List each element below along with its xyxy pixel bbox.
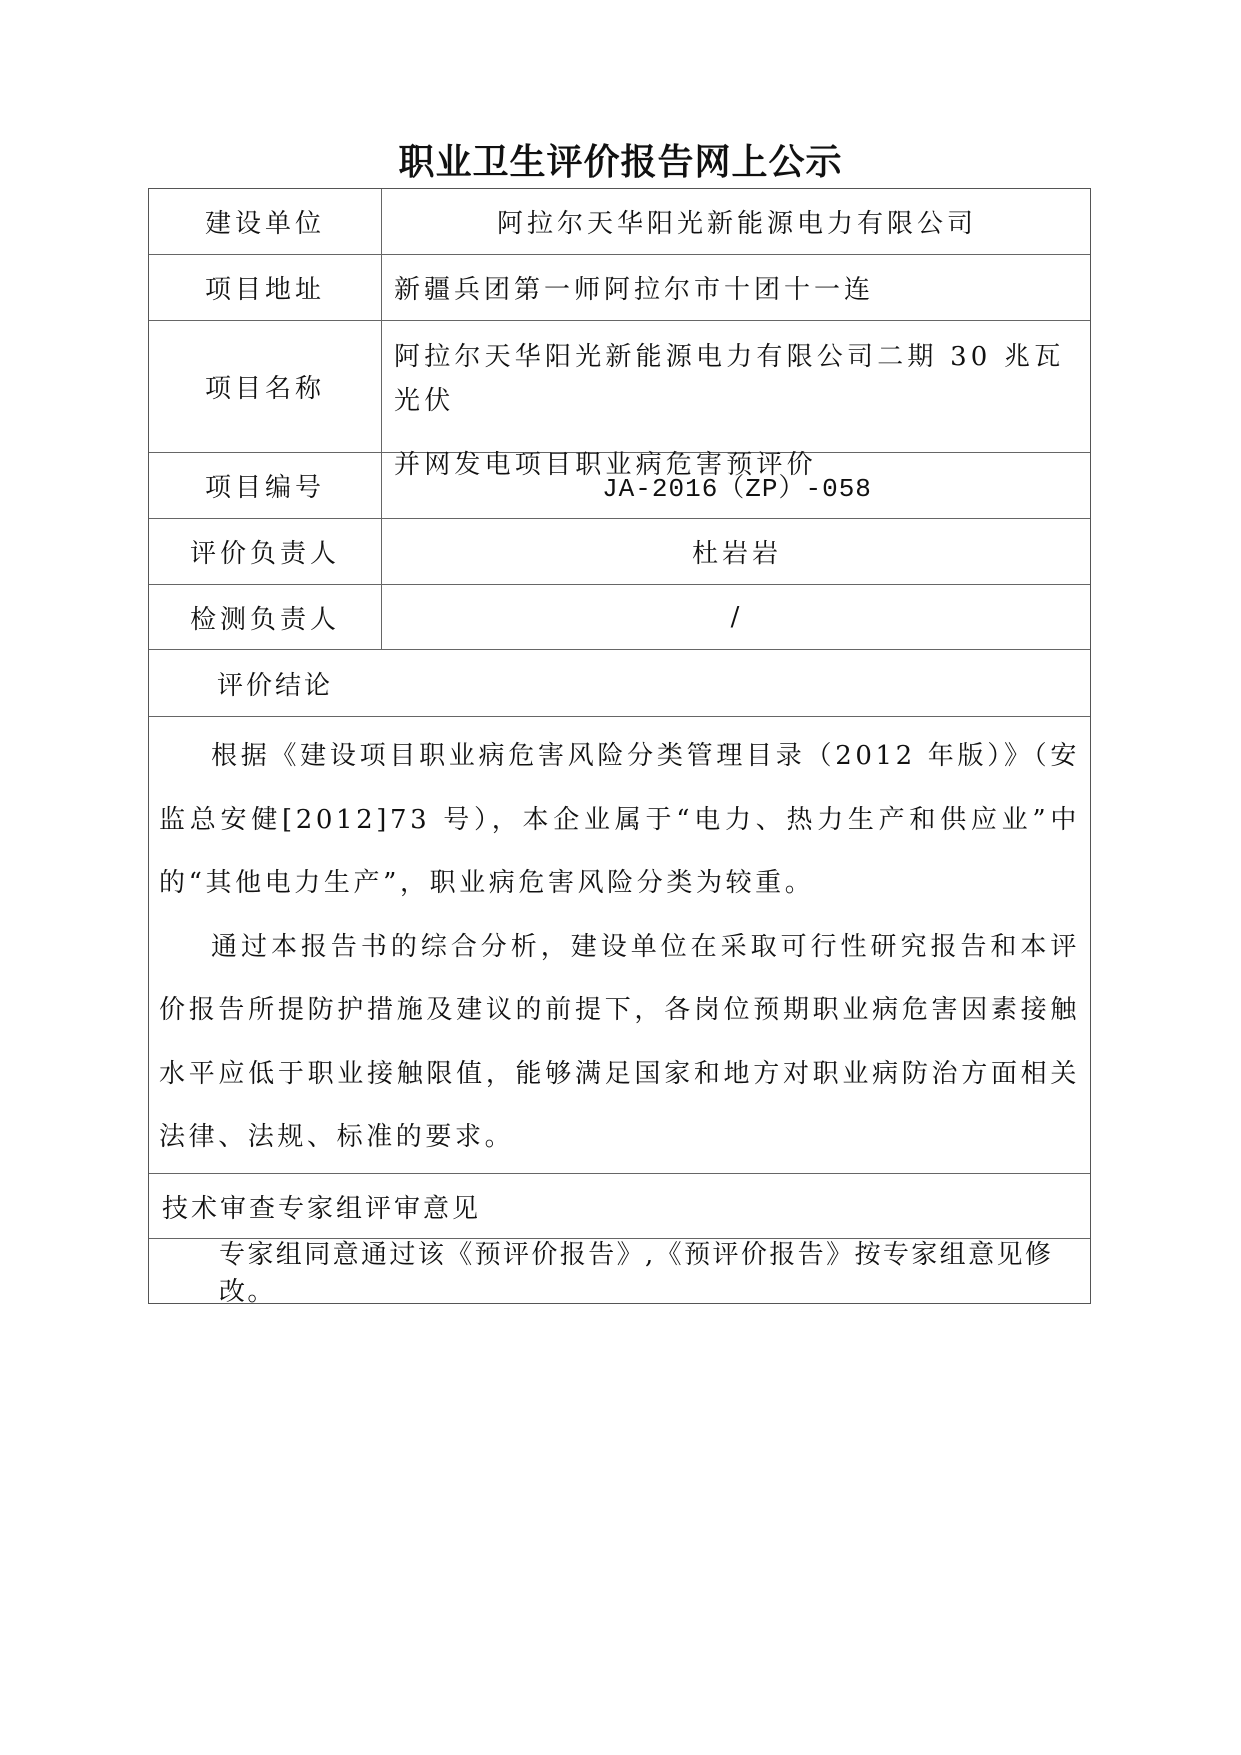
label-testing-lead: 检测负责人: [149, 585, 382, 649]
value-construction-unit: 阿拉尔天华阳光新能源电力有限公司: [382, 189, 1090, 254]
table-row-conclusion-body: 根据《建设项目职业病危害风险分类管理目录（2012 年版）》（安监总安健[201…: [149, 717, 1090, 1174]
disclosure-table: 建设单位 阿拉尔天华阳光新能源电力有限公司 项目地址 新疆兵团第一师阿拉尔市十团…: [148, 188, 1091, 1304]
conclusion-body: 根据《建设项目职业病危害风险分类管理目录（2012 年版）》（安监总安健[201…: [149, 717, 1090, 1173]
value-testing-lead: /: [382, 585, 1090, 649]
label-project-number: 项目编号: [149, 453, 382, 518]
table-row-project-address: 项目地址 新疆兵团第一师阿拉尔市十团十一连: [149, 255, 1090, 321]
table-row-conclusion-heading: 评价结论: [149, 650, 1090, 717]
expert-review-opinion: 专家组同意通过该《预评价报告》,《预评价报告》按专家组意见修改。: [149, 1239, 1090, 1303]
conclusion-heading: 评价结论: [149, 650, 1090, 716]
value-project-number: JA-2016（ZP）-058: [382, 453, 1090, 518]
conclusion-paragraph-1: 根据《建设项目职业病危害风险分类管理目录（2012 年版）》（安监总安健[201…: [159, 725, 1080, 916]
table-row-project-name: 项目名称 阿拉尔天华阳光新能源电力有限公司二期 30 兆瓦光伏 并网发电项目职业…: [149, 321, 1090, 453]
expert-review-heading: 技术审查专家组评审意见: [149, 1174, 1090, 1238]
table-row-construction-unit: 建设单位 阿拉尔天华阳光新能源电力有限公司: [149, 189, 1090, 255]
table-row-project-number: 项目编号 JA-2016（ZP）-058: [149, 453, 1090, 519]
value-evaluation-lead: 杜岩岩: [382, 519, 1090, 584]
table-row-expert-opinion: 专家组同意通过该《预评价报告》,《预评价报告》按专家组意见修改。: [149, 1239, 1090, 1303]
label-project-address: 项目地址: [149, 255, 382, 320]
label-construction-unit: 建设单位: [149, 189, 382, 254]
value-project-name: 阿拉尔天华阳光新能源电力有限公司二期 30 兆瓦光伏 并网发电项目职业病危害预评…: [382, 321, 1090, 452]
conclusion-paragraph-2: 通过本报告书的综合分析，建设单位在采取可行性研究报告和本评价报告所提防护措施及建…: [159, 916, 1080, 1170]
document-title: 职业卫生评价报告网上公示: [0, 140, 1241, 184]
label-project-name: 项目名称: [149, 321, 382, 452]
project-name-line-1: 阿拉尔天华阳光新能源电力有限公司二期 30 兆瓦光伏: [394, 335, 1080, 423]
label-evaluation-lead: 评价负责人: [149, 519, 382, 584]
table-row-expert-heading: 技术审查专家组评审意见: [149, 1174, 1090, 1239]
table-row-evaluation-lead: 评价负责人 杜岩岩: [149, 519, 1090, 585]
table-row-testing-lead: 检测负责人 /: [149, 585, 1090, 650]
value-project-address: 新疆兵团第一师阿拉尔市十团十一连: [382, 255, 1090, 320]
